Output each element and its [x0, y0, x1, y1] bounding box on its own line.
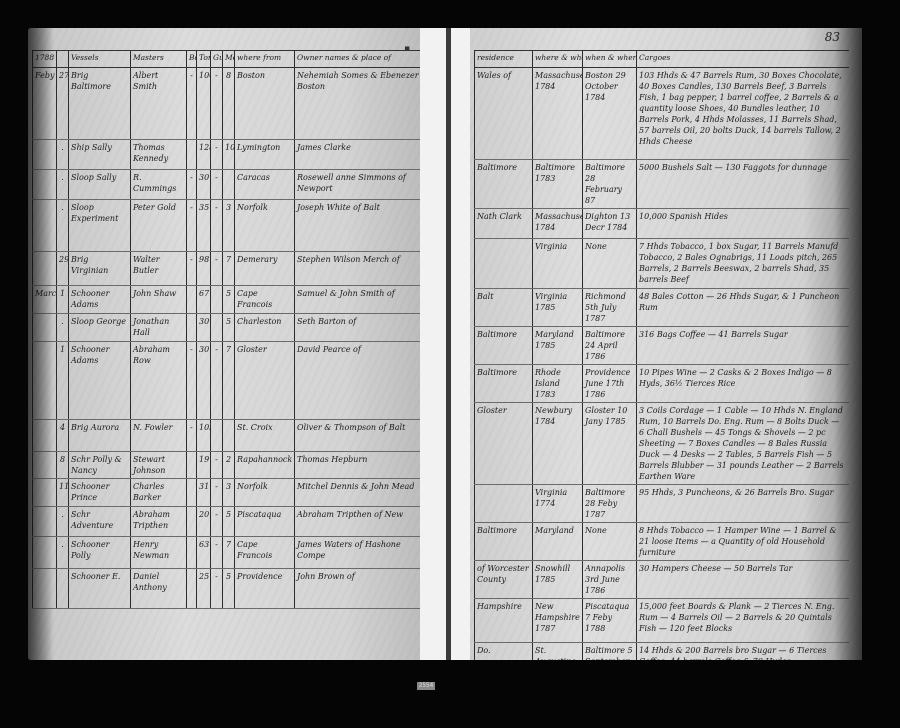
table-row: Do.St. Augustine 1785Baltimore 5 Septemb…: [475, 643, 849, 661]
cell-built: Snowhill 1785: [533, 561, 583, 599]
cell-tons: 105: [197, 420, 211, 452]
cell-from: Gloster: [235, 342, 295, 420]
cell-day: .: [57, 507, 69, 537]
cell-guns: [211, 286, 223, 314]
cell-guns: -: [211, 537, 223, 569]
cell-day: .: [57, 140, 69, 170]
cell-built: New Hampshire 1787: [533, 599, 583, 643]
cell-cargo: 8 Hhds Tobacco — 1 Hamper Wine — 1 Barre…: [637, 523, 849, 561]
cell-from: Caracas: [235, 170, 295, 200]
cell-owners: James Waters of Hashone Compe: [295, 537, 423, 569]
col-cargoes: Cargoes: [637, 51, 849, 68]
cell-tons: 98: [197, 252, 211, 286]
cell-vessel: Sloop George: [69, 314, 131, 342]
cell-master: Jonathan Hall: [131, 314, 187, 342]
cell-tons: 25: [197, 569, 211, 609]
cell-guns: -: [211, 170, 223, 200]
cell-registered: Baltimore 28 February 87: [583, 160, 637, 209]
table-row: March1Schooner AdamsJohn Shaw675Cape Fra…: [33, 286, 423, 314]
cell-master: Henry Newman: [131, 537, 187, 569]
cell-day: 4: [57, 420, 69, 452]
cell-guns: -: [211, 452, 223, 479]
cell-built: Massachusetts 1784: [533, 68, 583, 160]
cell-residence: of Worcester County: [475, 561, 533, 599]
table-row: BaltVirginia 1785Richmond 5th July 17874…: [475, 289, 849, 327]
cell-from: Demerary: [235, 252, 295, 286]
cell-master: N. Fowler: [131, 420, 187, 452]
cell-bot: [187, 314, 197, 342]
col-guns: Guns: [211, 51, 223, 68]
cell-guns: -: [211, 252, 223, 286]
cell-tons: 63: [197, 537, 211, 569]
cell-from: Charleston: [235, 314, 295, 342]
cell-owners: John Brown of: [295, 569, 423, 609]
col-built: where & when Built: [533, 51, 583, 68]
cell-bot: [187, 569, 197, 609]
ledger-left-page: ▪ 1788 Vessels Masters Bot Tons Guns Men…: [28, 28, 424, 660]
cell-men: 8: [223, 68, 235, 140]
cell-registered: Baltimore 28 Feby 1787: [583, 485, 637, 523]
cell-month: [33, 569, 57, 609]
cell-owners: Mitchel Dennis & John Mead: [295, 479, 423, 507]
table-row: VirginiaNone7 Hhds Tobacco, 1 box Sugar,…: [475, 239, 849, 289]
cell-vessel: Ship Sally: [69, 140, 131, 170]
cell-month: [33, 507, 57, 537]
cell-residence: Baltimore: [475, 160, 533, 209]
cell-day: .: [57, 314, 69, 342]
cell-guns: -: [211, 507, 223, 537]
col-day: [57, 51, 69, 68]
cell-tons: 20: [197, 507, 211, 537]
cell-from: Providence: [235, 569, 295, 609]
cell-owners: Nehemiah Somes & Ebenezer Boston: [295, 68, 423, 140]
cell-built: St. Augustine 1785: [533, 643, 583, 661]
cell-tons: 31: [197, 479, 211, 507]
col-year: 1788: [33, 51, 57, 68]
cell-built: Baltimore 1783: [533, 160, 583, 209]
cell-men: 5: [223, 569, 235, 609]
cell-master: John Shaw: [131, 286, 187, 314]
cell-guns: -: [211, 569, 223, 609]
table-row: BaltimoreMaryland 1785Baltimore 24 April…: [475, 327, 849, 365]
cell-built: Virginia: [533, 239, 583, 289]
cell-guns: [211, 314, 223, 342]
cell-from: Norfolk: [235, 479, 295, 507]
cell-cargo: 3 Coils Cordage — 1 Cable — 10 Hhds N. E…: [637, 403, 849, 485]
cell-day: .: [57, 537, 69, 569]
table-row: 11Schooner PrinceCharles Barker31-3Norfo…: [33, 479, 423, 507]
cell-registered: None: [583, 523, 637, 561]
cell-vessel: Schooner Adams: [69, 342, 131, 420]
ledger-right-page: 83 residence where & when Built when & w…: [470, 28, 862, 660]
cell-from: Cape Francois: [235, 537, 295, 569]
cell-owners: Abraham Tripthen of New: [295, 507, 423, 537]
cell-residence: Nath Clark: [475, 209, 533, 239]
table-row: HampshireNew Hampshire 1787Piscataqua 7 …: [475, 599, 849, 643]
table-row: Schooner E.Daniel Anthony25-5ProvidenceJ…: [33, 569, 423, 609]
cell-from: St. Croix: [235, 420, 295, 452]
cell-month: March: [33, 286, 57, 314]
cell-bot: -: [187, 68, 197, 140]
cell-bot: [187, 537, 197, 569]
cell-registered: Annapolis 3rd June 1786: [583, 561, 637, 599]
cell-owners: Thomas Hepburn: [295, 452, 423, 479]
cell-from: Rapahannock: [235, 452, 295, 479]
cell-bot: [187, 507, 197, 537]
cell-built: Maryland: [533, 523, 583, 561]
cell-day: 11: [57, 479, 69, 507]
cell-master: Stewart Johnson: [131, 452, 187, 479]
cell-men: 3: [223, 479, 235, 507]
cell-built: Virginia 1774: [533, 485, 583, 523]
cell-bot: [187, 452, 197, 479]
table-row: BaltimoreRhode Island 1783Providence Jun…: [475, 365, 849, 403]
cell-from: Boston: [235, 68, 295, 140]
cell-cargo: 10 Pipes Wine — 2 Casks & 2 Boxes Indigo…: [637, 365, 849, 403]
cell-built: Rhode Island 1783: [533, 365, 583, 403]
cell-built: Massachusetts 1784: [533, 209, 583, 239]
cell-tons: 19: [197, 452, 211, 479]
cell-owners: Joseph White of Balt: [295, 200, 423, 252]
cell-month: [33, 200, 57, 252]
cell-from: Lymington: [235, 140, 295, 170]
table-row: GlosterNewbury 1784Gloster 10 Jany 17853…: [475, 403, 849, 485]
cell-month: [33, 537, 57, 569]
cell-day: 1: [57, 342, 69, 420]
cell-tons: 35: [197, 200, 211, 252]
cell-owners: Oliver & Thompson of Balt: [295, 420, 423, 452]
cell-registered: Baltimore 5 September 87: [583, 643, 637, 661]
cell-owners: Seth Barton of: [295, 314, 423, 342]
cell-cargo: 316 Bags Coffee — 41 Barrels Sugar: [637, 327, 849, 365]
cell-vessel: Brig Virginian: [69, 252, 131, 286]
cell-day: 27: [57, 68, 69, 140]
cell-men: 7: [223, 342, 235, 420]
cell-guns: [211, 420, 223, 452]
cell-owners: Samuel & John Smith of: [295, 286, 423, 314]
cell-month: [33, 479, 57, 507]
cell-residence: Baltimore: [475, 523, 533, 561]
col-registered: when & where Registered: [583, 51, 637, 68]
cell-from: Norfolk: [235, 200, 295, 252]
vessel-register-table: 1788 Vessels Masters Bot Tons Guns Men w…: [32, 50, 423, 609]
cell-day: 1: [57, 286, 69, 314]
cell-owners: Stephen Wilson Merch of: [295, 252, 423, 286]
cell-vessel: Sloop Experiment: [69, 200, 131, 252]
book-gutter: [420, 28, 470, 660]
page-number: 83: [825, 30, 840, 44]
cell-guns: -: [211, 479, 223, 507]
cell-registered: Dighton 13 Decr 1784: [583, 209, 637, 239]
cell-registered: None: [583, 239, 637, 289]
table-row: 8Schr Polly & NancyStewart Johnson19-2Ra…: [33, 452, 423, 479]
cell-built: Virginia 1785: [533, 289, 583, 327]
table-row: Virginia 1774Baltimore 28 Feby 178795 Hh…: [475, 485, 849, 523]
table-row: of Worcester CountySnowhill 1785Annapoli…: [475, 561, 849, 599]
cell-registered: Boston 29 October 1784: [583, 68, 637, 160]
cell-men: 2: [223, 452, 235, 479]
table-row: Wales ofMassachusetts 1784Boston 29 Octo…: [475, 68, 849, 160]
book-spine: [446, 28, 451, 660]
col-where-from: where from: [235, 51, 295, 68]
cell-from: Cape Francois: [235, 286, 295, 314]
cell-tons: 30: [197, 342, 211, 420]
cell-men: 10: [223, 140, 235, 170]
table-row: 29Brig VirginianWalter Butler-98-7Demera…: [33, 252, 423, 286]
cell-day: 8: [57, 452, 69, 479]
cell-bot: -: [187, 200, 197, 252]
cell-tons: 30: [197, 170, 211, 200]
cell-vessel: Schr Adventure: [69, 507, 131, 537]
col-tons: Tons: [197, 51, 211, 68]
cell-tons: 128: [197, 140, 211, 170]
cell-owners: Rosewell anne Simmons of Newport: [295, 170, 423, 200]
cell-vessel: Sloop Sally: [69, 170, 131, 200]
cell-month: [33, 140, 57, 170]
cell-cargo: 30 Hampers Cheese — 50 Barrels Tar: [637, 561, 849, 599]
cell-residence: Hampshire: [475, 599, 533, 643]
cell-month: [33, 170, 57, 200]
cell-master: Peter Gold: [131, 200, 187, 252]
cell-master: Charles Barker: [131, 479, 187, 507]
table-row: 1Schooner AdamsAbraham Row-30-7GlosterDa…: [33, 342, 423, 420]
cell-registered: Baltimore 24 April 1786: [583, 327, 637, 365]
cell-residence: [475, 485, 533, 523]
column-header-row: 1788 Vessels Masters Bot Tons Guns Men w…: [33, 51, 423, 68]
cell-master: R. Cummings: [131, 170, 187, 200]
cell-registered: Providence June 17th 1786: [583, 365, 637, 403]
cell-month: [33, 420, 57, 452]
cell-cargo: 103 Hhds & 47 Barrels Rum, 30 Boxes Choc…: [637, 68, 849, 160]
cell-cargo: 95 Hhds, 3 Puncheons, & 26 Barrels Bro. …: [637, 485, 849, 523]
cell-owners: David Pearce of: [295, 342, 423, 420]
cell-men: 7: [223, 252, 235, 286]
cell-cargo: 7 Hhds Tobacco, 1 box Sugar, 11 Barrels …: [637, 239, 849, 289]
cell-day: .: [57, 170, 69, 200]
cell-bot: -: [187, 252, 197, 286]
cell-vessel: Schr Polly & Nancy: [69, 452, 131, 479]
cell-men: 5: [223, 314, 235, 342]
cell-vessel: Brig Baltimore: [69, 68, 131, 140]
table-row: BaltimoreBaltimore 1783Baltimore 28 Febr…: [475, 160, 849, 209]
cell-men: 5: [223, 286, 235, 314]
col-vessels: Vessels: [69, 51, 131, 68]
cargo-register-table: residence where & when Built when & wher…: [474, 50, 849, 660]
table-row: .Sloop ExperimentPeter Gold-35-3NorfolkJ…: [33, 200, 423, 252]
cell-men: 5: [223, 507, 235, 537]
cell-vessel: Schooner Polly: [69, 537, 131, 569]
table-row: .Sloop GeorgeJonathan Hall305CharlestonS…: [33, 314, 423, 342]
cell-cargo: 5000 Bushels Salt — 130 Faggots for dunn…: [637, 160, 849, 209]
cell-guns: -: [211, 140, 223, 170]
cell-registered: Piscataqua 7 Feby 1788: [583, 599, 637, 643]
cell-tons: 100: [197, 68, 211, 140]
cell-month: [33, 452, 57, 479]
cell-bot: [187, 479, 197, 507]
cell-from: Piscataqua: [235, 507, 295, 537]
cell-master: Walter Butler: [131, 252, 187, 286]
col-masters: Masters: [131, 51, 187, 68]
col-owners: Owner names & place of: [295, 51, 423, 68]
cell-residence: Balt: [475, 289, 533, 327]
cell-tons: 30: [197, 314, 211, 342]
cell-day: [57, 569, 69, 609]
column-header-row: residence where & when Built when & wher…: [475, 51, 849, 68]
cell-master: Daniel Anthony: [131, 569, 187, 609]
cell-month: [33, 252, 57, 286]
cell-registered: Gloster 10 Jany 1785: [583, 403, 637, 485]
table-row: 4Brig AuroraN. Fowler-105St. CroixOliver…: [33, 420, 423, 452]
table-row: Feby27Brig BaltimoreAlbert Smith-100-8Bo…: [33, 68, 423, 140]
cell-vessel: Brig Aurora: [69, 420, 131, 452]
cell-day: .: [57, 200, 69, 252]
cell-men: [223, 170, 235, 200]
cell-built: Maryland 1785: [533, 327, 583, 365]
table-row: .Schooner PollyHenry Newman63-7Cape Fran…: [33, 537, 423, 569]
cell-month: [33, 314, 57, 342]
cell-master: Abraham Tripthen: [131, 507, 187, 537]
cell-bot: -: [187, 420, 197, 452]
table-row: .Sloop SallyR. Cummings-30-CaracasRosewe…: [33, 170, 423, 200]
cell-residence: Baltimore: [475, 327, 533, 365]
cell-guns: -: [211, 342, 223, 420]
col-bot: Bot: [187, 51, 197, 68]
cell-cargo: 10,000 Spanish Hides: [637, 209, 849, 239]
cell-vessel: Schooner Prince: [69, 479, 131, 507]
cell-built: Newbury 1784: [533, 403, 583, 485]
cell-men: 7: [223, 537, 235, 569]
cell-guns: -: [211, 68, 223, 140]
cell-registered: Richmond 5th July 1787: [583, 289, 637, 327]
cell-residence: Gloster: [475, 403, 533, 485]
cell-month: [33, 342, 57, 420]
cell-vessel: Schooner E.: [69, 569, 131, 609]
cell-bot: -: [187, 170, 197, 200]
cell-bot: -: [187, 342, 197, 420]
cell-bot: [187, 140, 197, 170]
cell-residence: Baltimore: [475, 365, 533, 403]
cell-tons: 67: [197, 286, 211, 314]
cell-day: 29: [57, 252, 69, 286]
cell-master: Thomas Kennedy: [131, 140, 187, 170]
table-row: .Schr AdventureAbraham Tripthen20-5Pisca…: [33, 507, 423, 537]
cell-residence: [475, 239, 533, 289]
cell-bot: [187, 286, 197, 314]
cell-residence: Do.: [475, 643, 533, 661]
col-residence: residence: [475, 51, 533, 68]
cell-men: [223, 420, 235, 452]
table-row: BaltimoreMarylandNone8 Hhds Tobacco — 1 …: [475, 523, 849, 561]
cell-master: Abraham Row: [131, 342, 187, 420]
col-men: Men: [223, 51, 235, 68]
cell-cargo: 15,000 feet Boards & Plank — 2 Tierces N…: [637, 599, 849, 643]
table-row: Nath ClarkMassachusetts 1784Dighton 13 D…: [475, 209, 849, 239]
cell-master: Albert Smith: [131, 68, 187, 140]
cell-owners: James Clarke: [295, 140, 423, 170]
table-row: .Ship SallyThomas Kennedy128-10Lymington…: [33, 140, 423, 170]
archive-stamp: 2554: [417, 682, 435, 690]
cell-vessel: Schooner Adams: [69, 286, 131, 314]
cell-guns: -: [211, 200, 223, 252]
cell-men: 3: [223, 200, 235, 252]
cell-month: Feby: [33, 68, 57, 140]
cell-residence: Wales of: [475, 68, 533, 160]
cell-cargo: 14 Hhds & 200 Barrels bro Sugar — 6 Tier…: [637, 643, 849, 661]
cell-cargo: 48 Bales Cotton — 26 Hhds Sugar, & 1 Pun…: [637, 289, 849, 327]
